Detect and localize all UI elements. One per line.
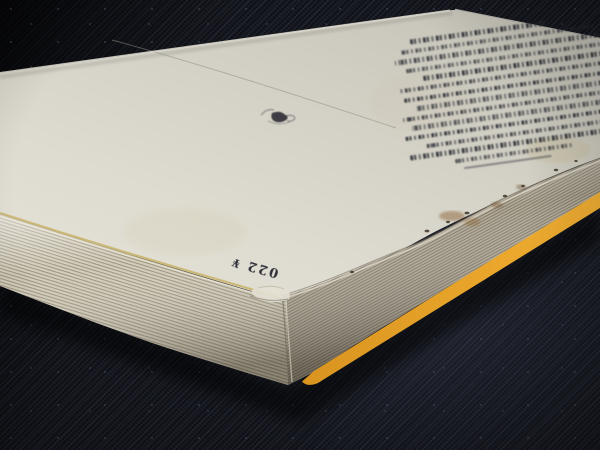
photo-scene: ¥220 <box>0 0 600 450</box>
fold-stain <box>491 202 503 208</box>
fold-stain <box>464 218 480 226</box>
cover-stain <box>123 208 247 256</box>
publisher-mark <box>256 100 306 128</box>
fold-stain <box>516 185 526 190</box>
fold-stain <box>439 211 465 221</box>
